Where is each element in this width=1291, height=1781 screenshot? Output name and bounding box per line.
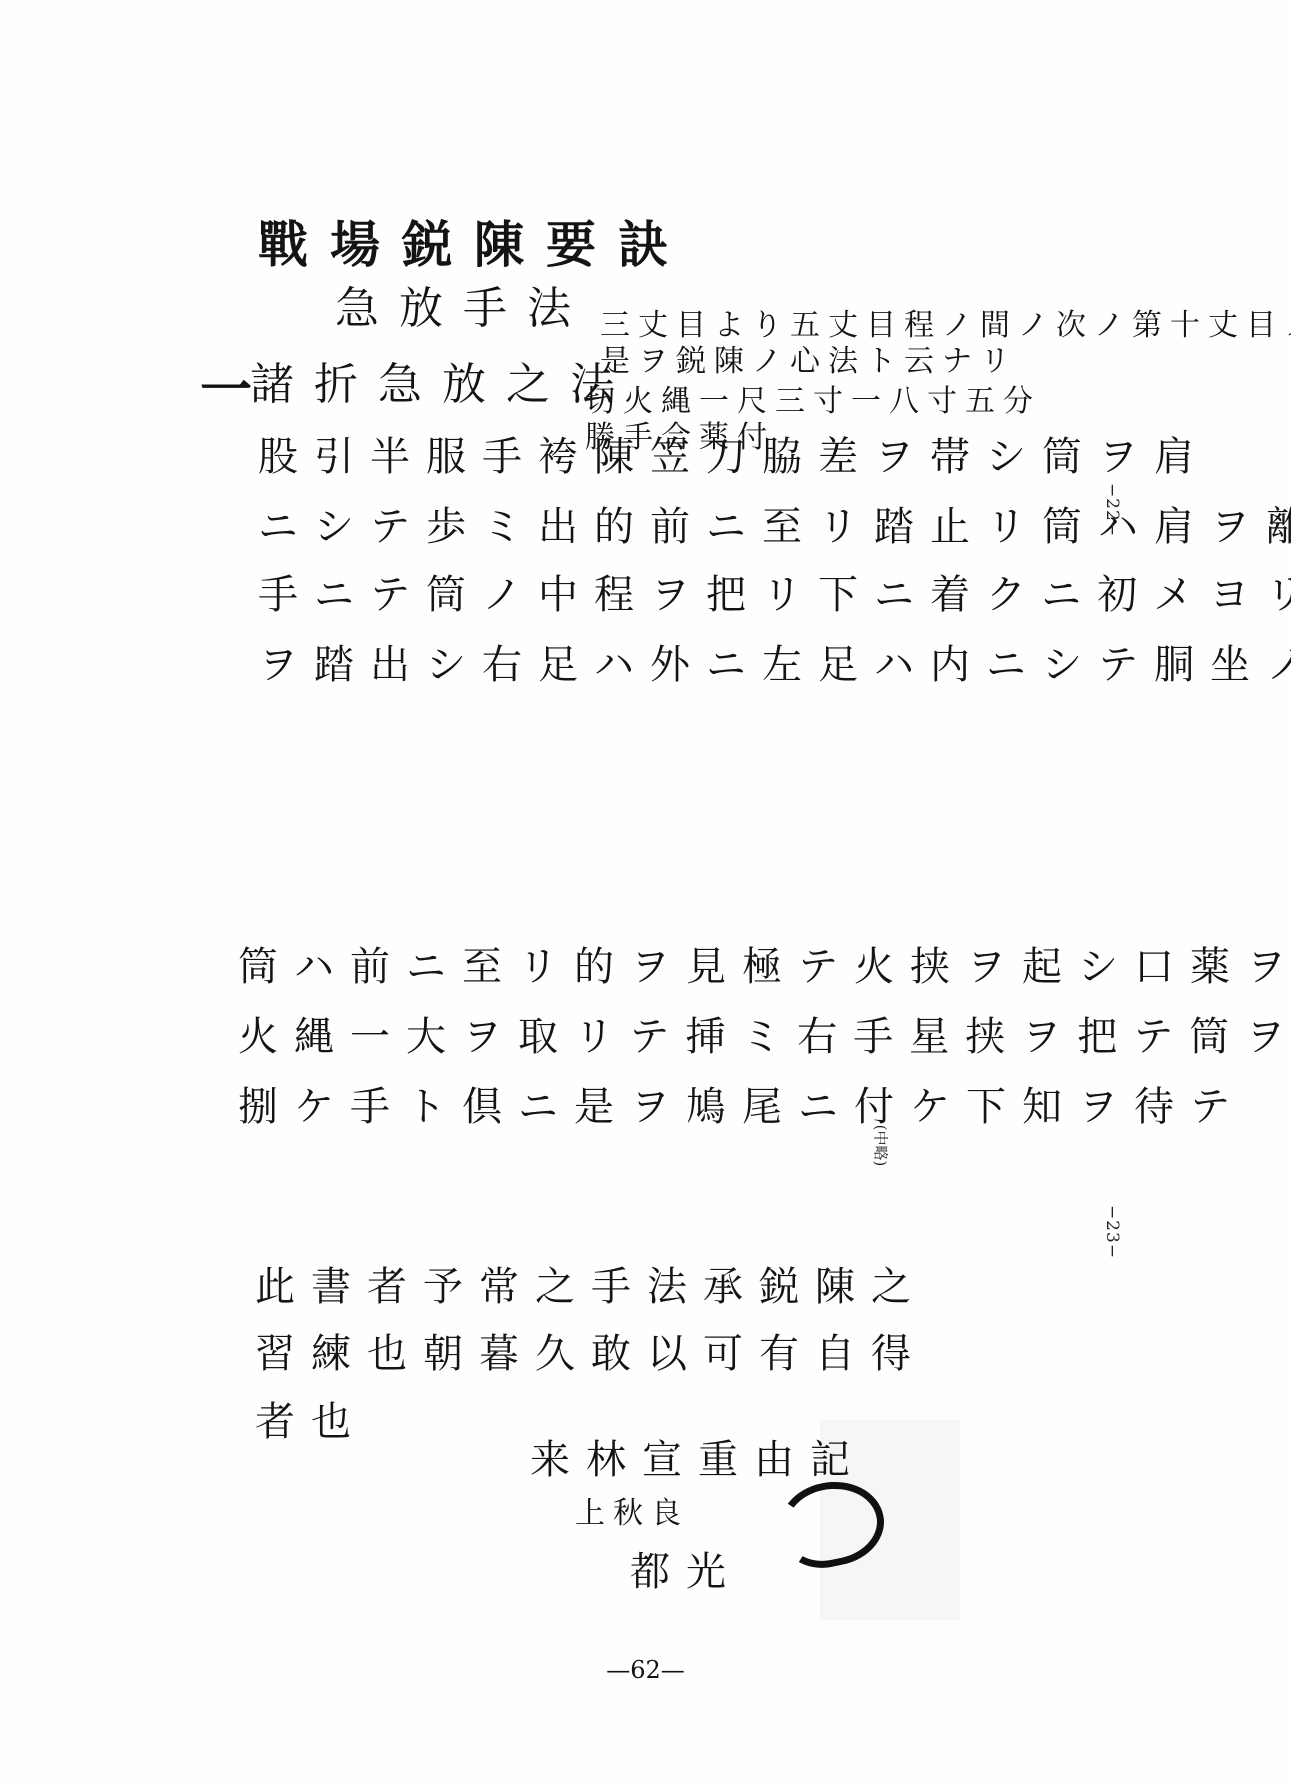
colophon-line-3: 者也 xyxy=(255,1390,367,1447)
section-heading: 諸折急放之法 xyxy=(250,348,634,412)
body-line-2: ニシテ歩ミ出的前ニ至リ踏止リ筒ハ肩ヲ離シ左 xyxy=(258,495,1291,552)
body2-line-2: 火縄一大ヲ取リテ挿ミ右手星挟ヲ把テ筒ヲ xyxy=(238,1005,1291,1062)
inner-page-number-22: −22− xyxy=(1102,483,1122,537)
omission-note: (中略) xyxy=(870,1125,891,1167)
scanned-book-page: 戰場鋭陳要訣 急放手法 三丈目より五丈目程ノ間ノ次ノ第十丈目ノ放 是ヲ鋭陳ノ心法… xyxy=(0,0,1291,1781)
document-subtitle: 急放手法 xyxy=(335,272,591,336)
inner-page-number-23: −23− xyxy=(1102,1205,1122,1259)
body-line-3: 手ニテ筒ノ中程ヲ把リ下ニ着クニ初メヨリ両足 xyxy=(258,563,1291,620)
note-line-2: 是ヲ鋭陳ノ心法ト云ナリ xyxy=(600,336,1018,380)
heading-bullet-marker: 一 xyxy=(200,348,252,423)
body2-line-1: 筒ハ前ニ至リ的ヲ見極テ火挟ヲ起シ口薬ヲ吹 xyxy=(238,935,1291,992)
colophon-signature: 来林宣重由記 xyxy=(530,1428,866,1485)
body-line-4: ヲ踏出シ右足ハ外ニ左足ハ内ニシテ胴坐ノ如クシ xyxy=(258,633,1291,690)
body-line-1: 股引半服手袴陳笠刀脇差ヲ帯シ筒ヲ肩 xyxy=(258,425,1210,482)
recipient-line-2: 都光 xyxy=(630,1540,742,1597)
scan-shadow xyxy=(820,1420,960,1620)
body2-line-3: 捌ケ手ト倶ニ是ヲ鳩尾ニ付ケ下知ヲ待テ xyxy=(238,1075,1246,1132)
document-title: 戰場鋭陳要訣 xyxy=(258,205,690,277)
colophon-line-2: 習練也朝暮久敢以可有自得 xyxy=(255,1322,927,1379)
colophon-line-1: 此書者予常之手法承鋭陳之 xyxy=(255,1255,927,1312)
footer-page-number: —62— xyxy=(0,1656,1291,1684)
recipient-line-1: 上秋良 xyxy=(575,1488,689,1532)
